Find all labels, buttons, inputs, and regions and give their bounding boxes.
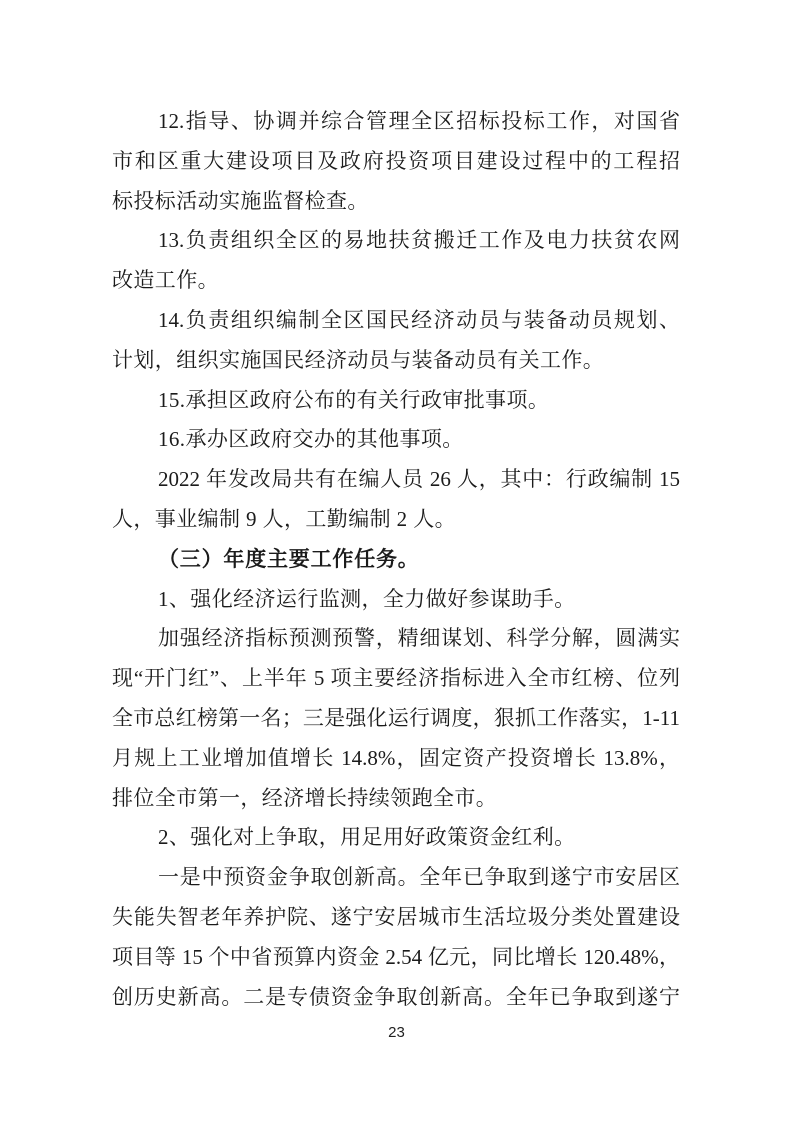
text-line: 改造工作。 bbox=[112, 261, 680, 301]
text-line: 计划，组织实施国民经济动员与装备动员有关工作。 bbox=[112, 341, 680, 381]
text-line: 1、强化经济运行监测，全力做好参谋助手。 bbox=[112, 580, 680, 620]
text-line: 15.承担区政府公布的有关行政审批事项。 bbox=[112, 381, 680, 421]
document-page: 12.指导、协调并综合管理全区招标投标工作，对国省市和区重大建设项目及政府投资项… bbox=[0, 0, 793, 1122]
text-line: 12.指导、协调并综合管理全区招标投标工作，对国省 bbox=[112, 102, 680, 142]
text-line: 一是中预资金争取创新高。全年已争取到遂宁市安居区 bbox=[112, 858, 680, 898]
text-line: （三）年度主要工作任务。 bbox=[112, 540, 680, 580]
text-line: 失能失智老年养护院、遂宁安居城市生活垃圾分类处置建设 bbox=[112, 898, 680, 938]
text-line: 人，事业编制 9 人，工勤编制 2 人。 bbox=[112, 500, 680, 540]
text-line: 加强经济指标预测预警，精细谋划、科学分解，圆满实 bbox=[112, 619, 680, 659]
text-line: 项目等 15 个中省预算内资金 2.54 亿元，同比增长 120.48%， bbox=[112, 938, 680, 978]
text-line: 14.负责组织编制全区国民经济动员与装备动员规划、 bbox=[112, 301, 680, 341]
text-line: 标投标活动实施监督检查。 bbox=[112, 182, 680, 222]
text-line: 全市总红榜第一名；三是强化运行调度，狠抓工作落实，1-11 bbox=[112, 699, 680, 739]
text-line: 13.负责组织全区的易地扶贫搬迁工作及电力扶贫农网 bbox=[112, 221, 680, 261]
page-footer: 23 bbox=[0, 1024, 793, 1042]
page-number: 23 bbox=[388, 1024, 405, 1041]
text-line: 创历史新高。二是专债资金争取创新高。全年已争取到遂宁 bbox=[112, 978, 680, 1018]
text-line: 市和区重大建设项目及政府投资项目建设过程中的工程招 bbox=[112, 142, 680, 182]
document-body: 12.指导、协调并综合管理全区招标投标工作，对国省市和区重大建设项目及政府投资项… bbox=[112, 102, 680, 1017]
text-line: 2、强化对上争取，用足用好政策资金红利。 bbox=[112, 818, 680, 858]
text-line: 现“开门红”、上半年 5 项主要经济指标进入全市红榜、位列 bbox=[112, 659, 680, 699]
text-line: 月规上工业增加值增长 14.8%，固定资产投资增长 13.8%， bbox=[112, 739, 680, 779]
text-line: 2022 年发改局共有在编人员 26 人，其中：行政编制 15 bbox=[112, 460, 680, 500]
text-line: 16.承办区政府交办的其他事项。 bbox=[112, 420, 680, 460]
text-line: 排位全市第一，经济增长持续领跑全市。 bbox=[112, 779, 680, 819]
